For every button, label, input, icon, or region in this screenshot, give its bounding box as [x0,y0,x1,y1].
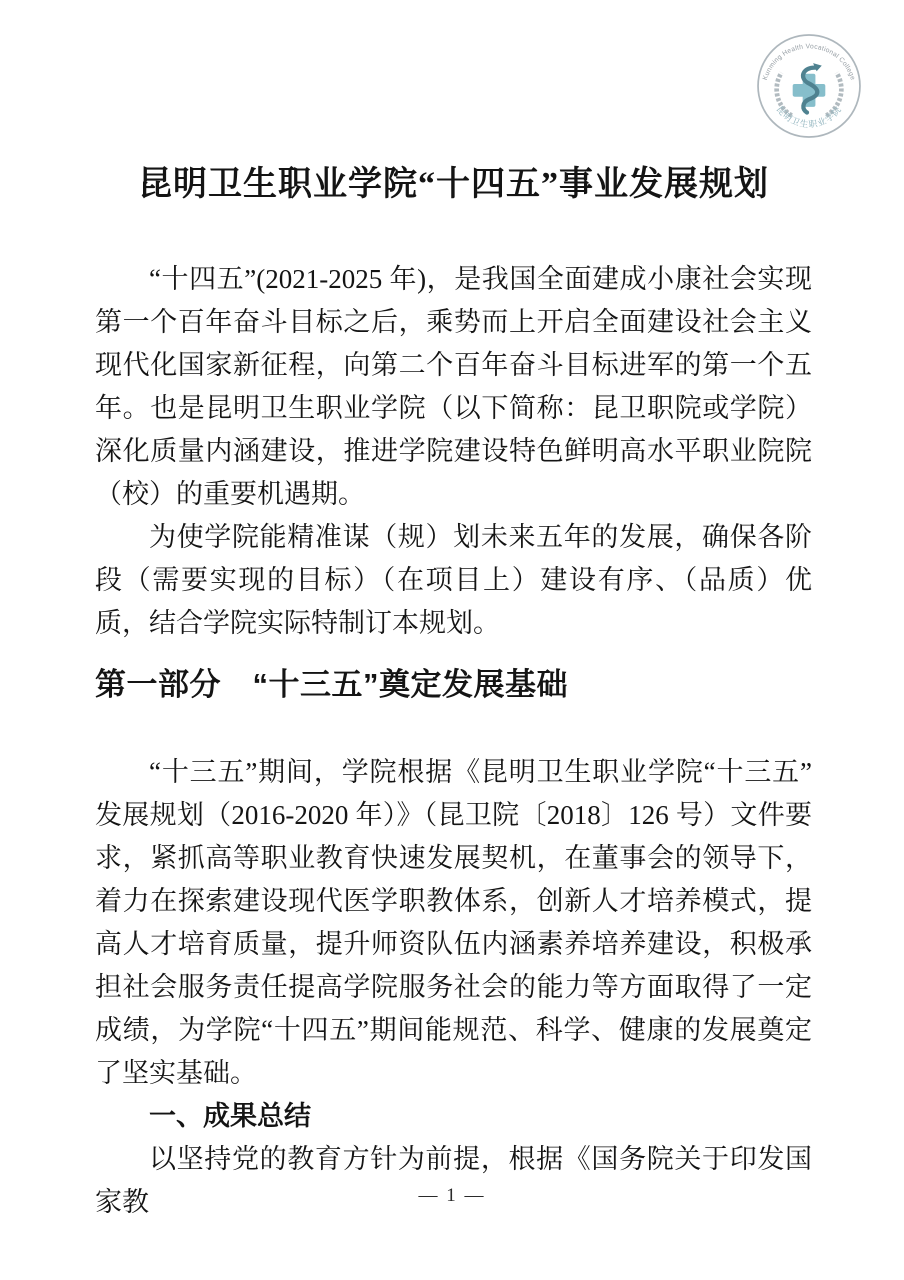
document-title: 昆明卫生职业学院“十四五”事业发展规划 [95,0,812,210]
college-seal-logo: Kunming Health Vocational College 昆明卫生职业… [756,33,862,139]
document-page: Kunming Health Vocational College 昆明卫生职业… [0,0,904,1280]
paragraph-intro-2: 为使学院能精准谋（规）划未来五年的发展，确保各阶段（需要实现的目标）（在项目上）… [95,516,812,645]
paragraph-part1-overview: “十三五”期间，学院根据《昆明卫生职业学院“十三五”发展规划（2016-2020… [95,751,812,1095]
section-heading-part1: 第一部分 “十三五”奠定发展基础 [95,663,812,707]
document-body: 昆明卫生职业学院“十四五”事业发展规划 “十四五”(2021-2025 年)，是… [0,0,904,1224]
paragraph-intro-1: “十四五”(2021-2025 年)，是我国全面建成小康社会实现第一个百年奋斗目… [95,258,812,516]
page-number: — 1 — [0,1185,904,1207]
seal-svg: Kunming Health Vocational College 昆明卫生职业… [756,33,862,139]
paragraph-achievements-start: 以坚持党的教育方针为前提，根据《国务院关于印发国家教 [95,1138,812,1224]
subsection-heading-achievements: 一、成果总结 [95,1095,812,1138]
